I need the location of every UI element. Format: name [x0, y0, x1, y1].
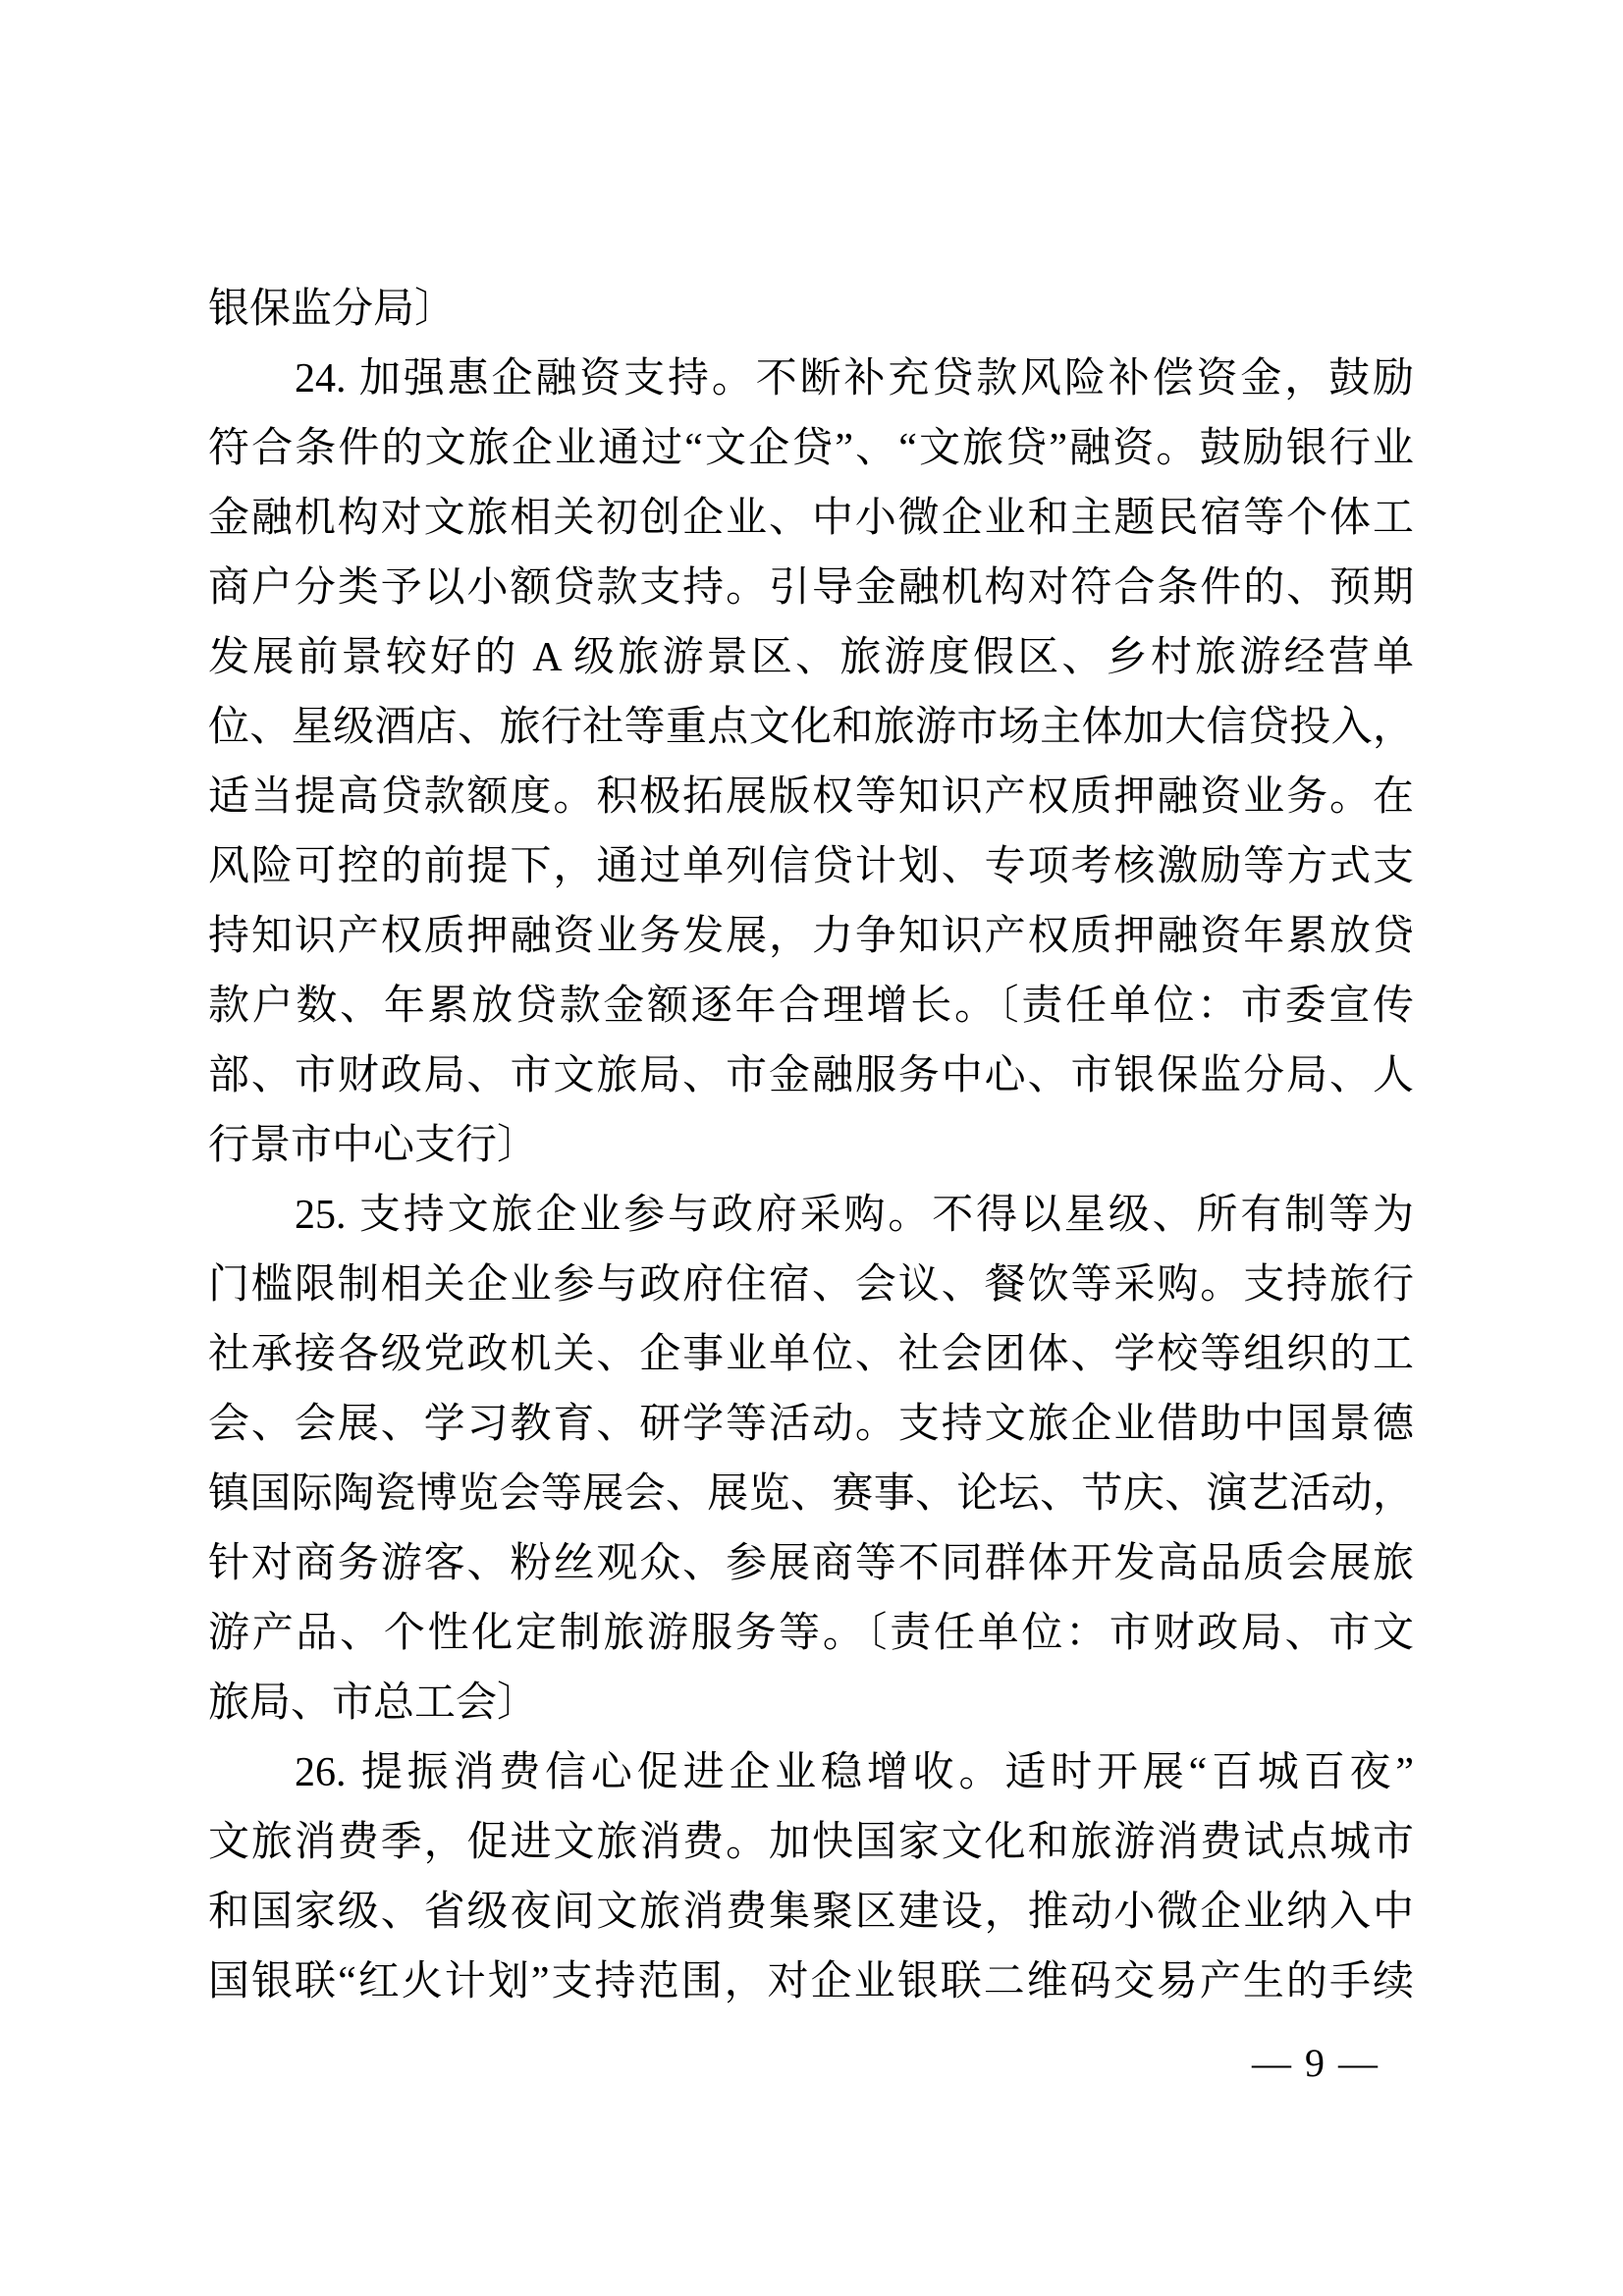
text-line: 文旅消费季，促进文旅消费。加快国家文化和旅游消费试点城市	[208, 1808, 1414, 1878]
text-line: 款户数、年累放贷款金额逐年合理增长。〔责任单位：市委宣传	[208, 972, 1414, 1041]
text-line: 24. 加强惠企融资支持。不断补充贷款风险补偿资金，鼓励	[208, 345, 1414, 414]
text-line: 风险可控的前提下，通过单列信贷计划、专项考核激励等方式支	[208, 832, 1414, 902]
text-line: 行景市中心支行〕	[208, 1111, 1414, 1181]
text-line: 门槛限制相关企业参与政府住宿、会议、餐饮等采购。支持旅行	[208, 1251, 1414, 1320]
text-line: 商户分类予以小额贷款支持。引导金融机构对符合条件的、预期	[208, 554, 1414, 623]
text-line: 银保监分局〕	[208, 275, 1414, 345]
text-line: 适当提高贷款额度。积极拓展版权等知识产权质押融资业务。在	[208, 763, 1414, 832]
text-line: 和国家级、省级夜间文旅消费集聚区建设，推动小微企业纳入中	[208, 1878, 1414, 1948]
text-line: 25. 支持文旅企业参与政府采购。不得以星级、所有制等为	[208, 1181, 1414, 1251]
text-line: 发展前景较好的 A 级旅游景区、旅游度假区、乡村旅游经营单	[208, 623, 1414, 693]
text-line: 社承接各级党政机关、企事业单位、社会团体、学校等组织的工	[208, 1320, 1414, 1390]
document-body: 银保监分局〕24. 加强惠企融资支持。不断补充贷款风险补偿资金，鼓励符合条件的文…	[208, 275, 1414, 2017]
text-line: 持知识产权质押融资业务发展，力争知识产权质押融资年累放贷	[208, 902, 1414, 972]
text-line: 26. 提振消费信心促进企业稳增收。适时开展“百城百夜”	[208, 1738, 1414, 1808]
text-line: 金融机构对文旅相关初创企业、中小微企业和主题民宿等个体工	[208, 484, 1414, 554]
text-line: 会、会展、学习教育、研学等活动。支持文旅企业借助中国景德	[208, 1390, 1414, 1460]
page-number: — 9 —	[1252, 2040, 1380, 2087]
text-line: 位、星级酒店、旅行社等重点文化和旅游市场主体加大信贷投入，	[208, 693, 1414, 763]
text-line: 镇国际陶瓷博览会等展会、展览、赛事、论坛、节庆、演艺活动，	[208, 1460, 1414, 1529]
text-line: 部、市财政局、市文旅局、市金融服务中心、市银保监分局、人	[208, 1041, 1414, 1111]
text-line: 针对商务游客、粉丝观众、参展商等不同群体开发高品质会展旅	[208, 1529, 1414, 1599]
text-line: 旅局、市总工会〕	[208, 1669, 1414, 1738]
text-line: 符合条件的文旅企业通过“文企贷”、“文旅贷”融资。鼓励银行业	[208, 414, 1414, 484]
document-page: 银保监分局〕24. 加强惠企融资支持。不断补充贷款风险补偿资金，鼓励符合条件的文…	[0, 0, 1623, 2296]
text-line: 游产品、个性化定制旅游服务等。〔责任单位：市财政局、市文	[208, 1599, 1414, 1669]
text-line: 国银联“红火计划”支持范围，对企业银联二维码交易产生的手续	[208, 1948, 1414, 2017]
